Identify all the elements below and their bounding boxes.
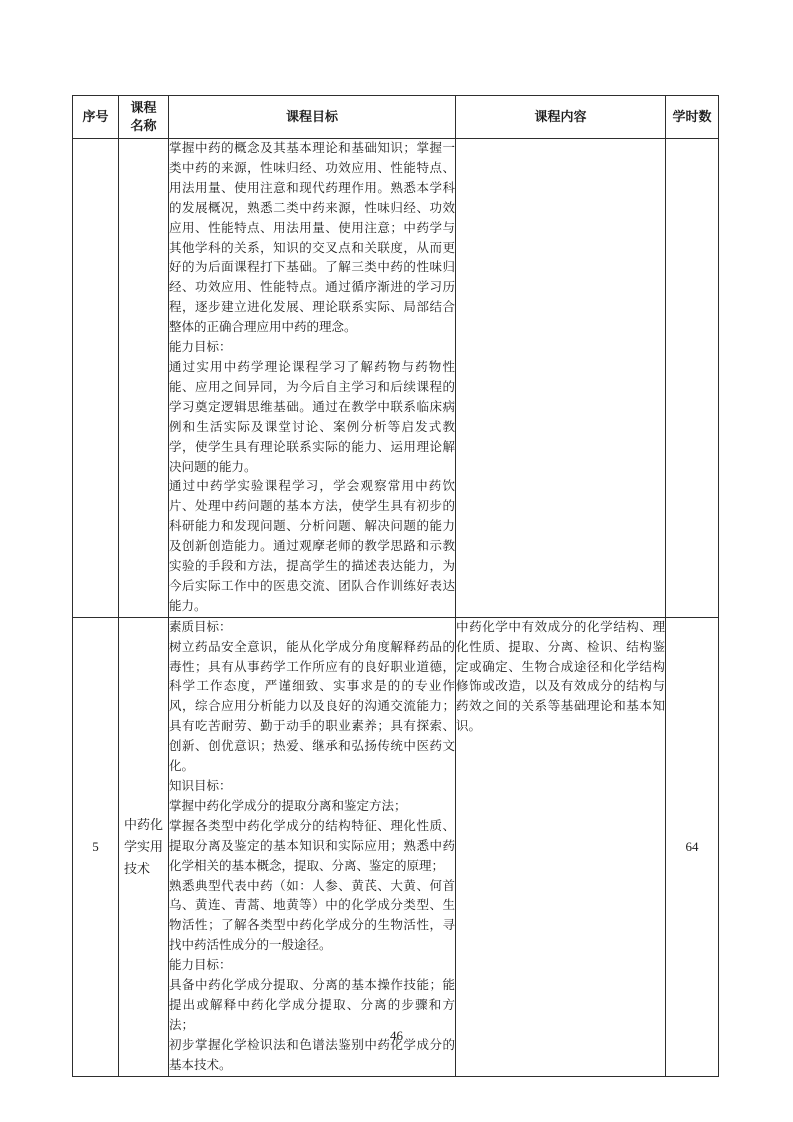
objectives-paragraph: 掌握各类型中药化学成分的结构特征、理化性质、提取分离及鉴定的基本知识和实际应用；… (169, 817, 455, 877)
col-header-course-name: 课程名称 (119, 96, 169, 139)
col-header-content: 课程内容 (456, 96, 666, 139)
objectives-paragraph: 树立药品安全意识，能从化学成分角度解释药品的毒性；具有从事药学工作所应有的良好职… (169, 638, 455, 777)
objectives-paragraph: 掌握中药的概念及其基本理论和基础知识；掌握一类中药的来源，性味归经、功效应用、性… (169, 139, 455, 338)
hours-cell (666, 139, 719, 618)
table-row: 5 中药化学实用技术 素质目标： 树立药品安全意识，能从化学成分角度解释药品的毒… (73, 617, 719, 1076)
course-name-cell: 中药化学实用技术 (119, 617, 169, 1076)
table-header-row: 序号 课程名称 课程目标 课程内容 学时数 (73, 96, 719, 139)
course-name-label: 中药化学实用技术 (124, 814, 163, 880)
seq-cell: 5 (73, 617, 119, 1076)
content-cell: 中药化学中有效成分的化学结构、理化性质、提取、分离、检识、结构鉴定或确定、生物合… (456, 617, 666, 1076)
objectives-paragraph: 知识目标： (169, 777, 455, 797)
seq-cell (73, 139, 119, 618)
content-cell (456, 139, 666, 618)
objectives-paragraph: 通过实用中药学理论课程学习了解药物与药物性能、应用之间异同，为今后自主学习和后续… (169, 358, 455, 477)
col-header-hours: 学时数 (666, 96, 719, 139)
objectives-paragraph: 掌握中药化学成分的提取分离和鉴定方法； (169, 797, 455, 817)
col-header-objectives: 课程目标 (169, 96, 456, 139)
col-header-course-name-label: 课程名称 (129, 99, 158, 135)
course-syllabus-table: 序号 课程名称 课程目标 课程内容 学时数 掌握中药的概念及其基本理论和基础知识… (72, 95, 719, 1077)
objectives-paragraph: 素质目标： (169, 618, 455, 638)
objectives-paragraph: 能力目标： (169, 956, 455, 976)
objectives-paragraph: 具备中药化学成分提取、分离的基本操作技能；能提出或解释中药化学成分提取、分离的步… (169, 976, 455, 1036)
objectives-paragraph: 能力目标： (169, 338, 455, 358)
objectives-cell: 掌握中药的概念及其基本理论和基础知识；掌握一类中药的来源，性味归经、功效应用、性… (169, 139, 456, 618)
objectives-paragraph: 通过中药学实验课程学习，学会观察常用中药饮片、处理中药问题的基本方法，使学生具有… (169, 477, 455, 616)
col-header-seq: 序号 (73, 96, 119, 139)
course-name-cell (119, 139, 169, 618)
content-paragraph: 中药化学中有效成分的化学结构、理化性质、提取、分离、检识、结构鉴定或确定、生物合… (456, 618, 665, 737)
objectives-paragraph: 熟悉典型代表中药（如：人参、黄芪、大黄、何首乌、黄连、青蒿、地黄等）中的化学成分… (169, 877, 455, 957)
table-row: 掌握中药的概念及其基本理论和基础知识；掌握一类中药的来源，性味归经、功效应用、性… (73, 139, 719, 618)
hours-cell: 64 (666, 617, 719, 1076)
page-number: 46 (0, 1028, 793, 1044)
objectives-cell: 素质目标： 树立药品安全意识，能从化学成分角度解释药品的毒性；具有从事药学工作所… (169, 617, 456, 1076)
